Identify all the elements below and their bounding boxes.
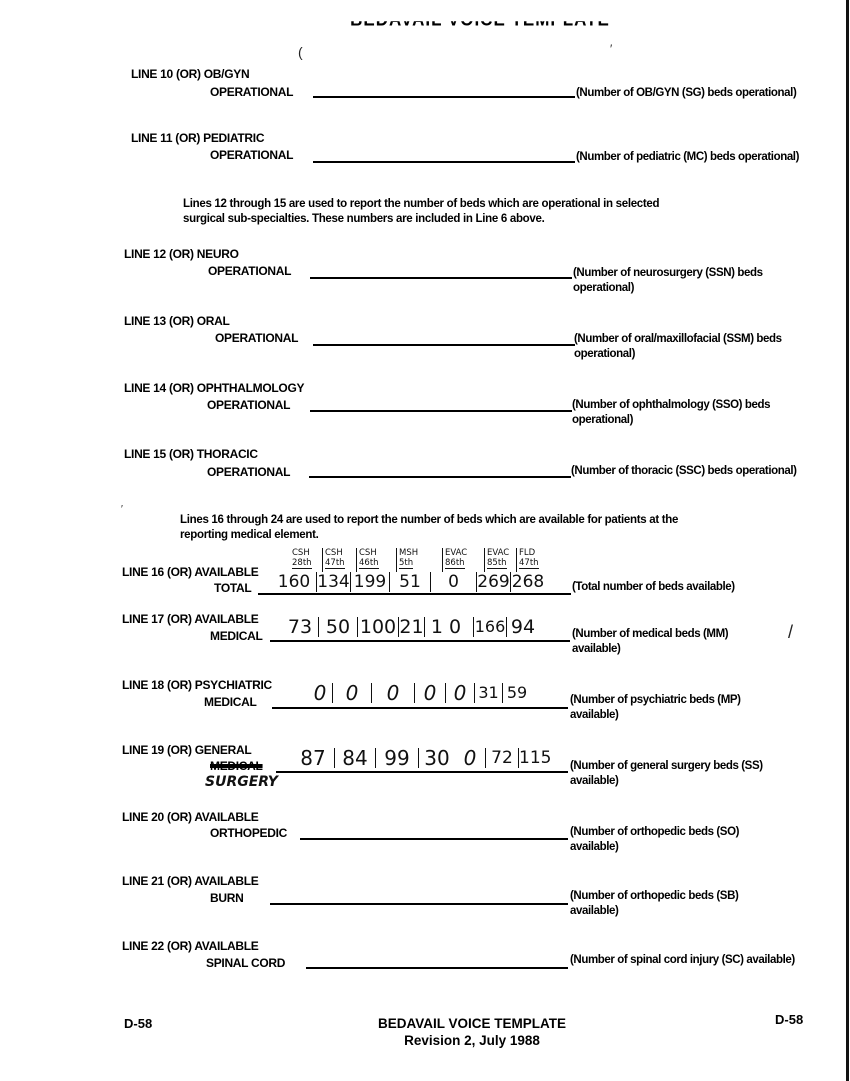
line-18-description: (Number of psychiatric beds (MP) availab… xyxy=(570,693,780,723)
line-18-values: 0 0 0 0 0 31 59 xyxy=(308,683,531,703)
line-17-field[interactable] xyxy=(270,640,570,642)
value-cell: 0 xyxy=(414,683,445,703)
value-cell: 115 xyxy=(518,748,549,768)
line-15-field[interactable] xyxy=(309,476,571,478)
value-cell: 87 xyxy=(292,748,334,768)
line-18-field[interactable] xyxy=(272,707,568,709)
column-header: MSH5th xyxy=(396,548,442,572)
line-16-label: LINE 16 (OR) AVAILABLE xyxy=(122,565,259,579)
value-cell: 269 xyxy=(476,572,510,592)
value-cell: 0 xyxy=(445,683,474,703)
line-10-label: LINE 10 (OR) OB/GYN xyxy=(131,67,249,81)
line-10-sublabel: OPERATIONAL xyxy=(210,85,293,99)
value-cell: 51 xyxy=(389,572,430,592)
line-14-label: LINE 14 (OR) OPHTHALMOLOGY xyxy=(124,381,304,395)
line-14-field[interactable] xyxy=(310,410,572,412)
line-15-label: LINE 15 (OR) THORACIC xyxy=(124,447,258,461)
line-11-description: (Number of pediatric (MC) beds operation… xyxy=(576,150,816,165)
line-21-description: (Number of orthopedic beds (SB) availabl… xyxy=(570,889,775,919)
line-17-label: LINE 17 (OR) AVAILABLE xyxy=(122,612,259,626)
value-cell: 0 xyxy=(308,683,332,703)
column-header: EVAC86th xyxy=(442,548,484,572)
line-10-field[interactable] xyxy=(313,96,575,98)
column-header: CSH47th xyxy=(322,548,356,572)
line-16-field[interactable] xyxy=(258,593,571,595)
value-cell: 0 xyxy=(332,683,371,703)
stray-mark: / xyxy=(788,622,793,643)
value-cell: 31 xyxy=(474,683,502,703)
line-19-values: 87 84 99 30 0 72 115 xyxy=(292,748,549,768)
page-number-left: D-58 xyxy=(124,1016,152,1031)
line-20-field[interactable] xyxy=(300,838,568,840)
value-cell: 268 xyxy=(510,572,545,592)
line-18-sublabel: MEDICAL xyxy=(204,695,257,709)
footer-title: BEDAVAIL VOICE TEMPLATE xyxy=(322,1015,622,1032)
value-cell: 94 xyxy=(506,617,539,637)
line-22-field[interactable] xyxy=(306,967,568,969)
line-14-description: (Number of ophthalmology (SSO) beds oper… xyxy=(572,398,817,428)
line-15-description: (Number of thoracic (SSC) beds operation… xyxy=(571,464,811,479)
line-12-field[interactable] xyxy=(310,277,572,279)
value-cell: 0 xyxy=(430,572,476,592)
value-cell: 99 xyxy=(375,748,418,768)
line-16-values: 160 134 199 51 0 269 268 xyxy=(272,572,545,592)
line-12-sublabel: OPERATIONAL xyxy=(208,264,291,278)
line-21-sublabel: BURN xyxy=(210,891,243,905)
value-cell: 84 xyxy=(334,748,375,768)
cut-off-header-title: BEDAVAIL VOICE TEMPLATE xyxy=(340,21,620,36)
value-cell: 73 xyxy=(282,617,318,637)
line-18-label: LINE 18 (OR) PSYCHIATRIC xyxy=(122,678,272,692)
note-lines-16-24: Lines 16 through 24 are used to report t… xyxy=(180,513,700,543)
line-19-label: LINE 19 (OR) GENERAL xyxy=(122,743,251,757)
line-12-description: (Number of neurosurgery (SSN) beds opera… xyxy=(573,266,813,296)
line-16-sublabel: TOTAL xyxy=(214,581,251,595)
value-cell: 10 xyxy=(424,617,473,637)
stray-mark: ( xyxy=(298,44,303,60)
column-header: CSH46th xyxy=(356,548,396,572)
value-cell: 166 xyxy=(473,617,506,637)
line-22-sublabel: SPINAL CORD xyxy=(206,956,285,970)
line-12-label: LINE 12 (OR) NEURO xyxy=(124,247,239,261)
stray-mark: ′ xyxy=(121,504,123,515)
line-20-label: LINE 20 (OR) AVAILABLE xyxy=(122,810,259,824)
value-cell: 59 xyxy=(502,683,531,703)
line-11-field[interactable] xyxy=(313,161,575,163)
line-16-description: (Total number of beds available) xyxy=(572,580,812,595)
line-20-sublabel: ORTHOPEDIC xyxy=(210,826,287,840)
column-header: EVAC85th xyxy=(484,548,516,572)
page-edge-shadow xyxy=(846,0,849,1081)
line-19-field[interactable] xyxy=(276,771,568,773)
line-14-sublabel: OPERATIONAL xyxy=(207,398,290,412)
stray-mark: ′ xyxy=(610,42,612,56)
value-cell: 0 xyxy=(371,683,414,703)
line-11-label: LINE 11 (OR) PEDIATRIC xyxy=(131,131,264,145)
value-cell: 50 xyxy=(318,617,357,637)
line-11-sublabel: OPERATIONAL xyxy=(210,148,293,162)
line-19-handwritten-correction: SURGERY xyxy=(205,774,278,790)
line-19-description: (Number of general surgery beds (SS) ava… xyxy=(570,759,810,789)
line-20-description: (Number of orthopedic beds (SO) availabl… xyxy=(570,825,775,855)
value-cell: 100 xyxy=(357,617,398,637)
value-cell: 30 xyxy=(418,748,455,768)
document-page: BEDAVAIL VOICE TEMPLATE ( ′ LINE 10 (OR)… xyxy=(0,0,850,1081)
note-lines-12-15: Lines 12 through 15 are used to report t… xyxy=(183,197,703,227)
column-header: CSH28th xyxy=(290,548,322,572)
value-cell: 160 xyxy=(272,572,316,592)
line-21-field[interactable] xyxy=(270,903,568,905)
line-19-sublabel-struck: MEDICAL xyxy=(210,759,263,773)
line-13-label: LINE 13 (OR) ORAL xyxy=(124,314,230,328)
line-13-description: (Number of oral/maxillofacial (SSM) beds… xyxy=(574,332,814,362)
handwritten-column-headers: CSH28th CSH47th CSH46th MSH5th EVAC86th … xyxy=(290,548,554,572)
line-15-sublabel: OPERATIONAL xyxy=(207,465,290,479)
line-13-sublabel: OPERATIONAL xyxy=(215,331,298,345)
value-cell: 134 xyxy=(316,572,350,592)
line-22-label: LINE 22 (OR) AVAILABLE xyxy=(122,939,259,953)
line-13-field[interactable] xyxy=(313,344,575,346)
value-cell: 72 xyxy=(485,748,518,768)
line-17-values: 73 50 100 21 10 166 94 xyxy=(282,617,539,637)
footer-title-block: BEDAVAIL VOICE TEMPLATE Revision 2, July… xyxy=(322,1015,622,1049)
page-number-right: D-58 xyxy=(775,1012,803,1027)
value-cell: 21 xyxy=(398,617,424,637)
column-header: FLD47th xyxy=(516,548,554,572)
line-22-description: (Number of spinal cord injury (SC) avail… xyxy=(570,953,805,968)
footer-revision: Revision 2, July 1988 xyxy=(322,1032,622,1049)
value-cell: 199 xyxy=(350,572,389,592)
line-17-sublabel: MEDICAL xyxy=(210,629,263,643)
line-10-description: (Number of OB/GYN (SG) beds operational) xyxy=(576,86,816,101)
value-cell: 0 xyxy=(455,748,485,768)
line-21-label: LINE 21 (OR) AVAILABLE xyxy=(122,874,259,888)
line-17-description: (Number of medical beds (MM) available) xyxy=(572,627,772,657)
